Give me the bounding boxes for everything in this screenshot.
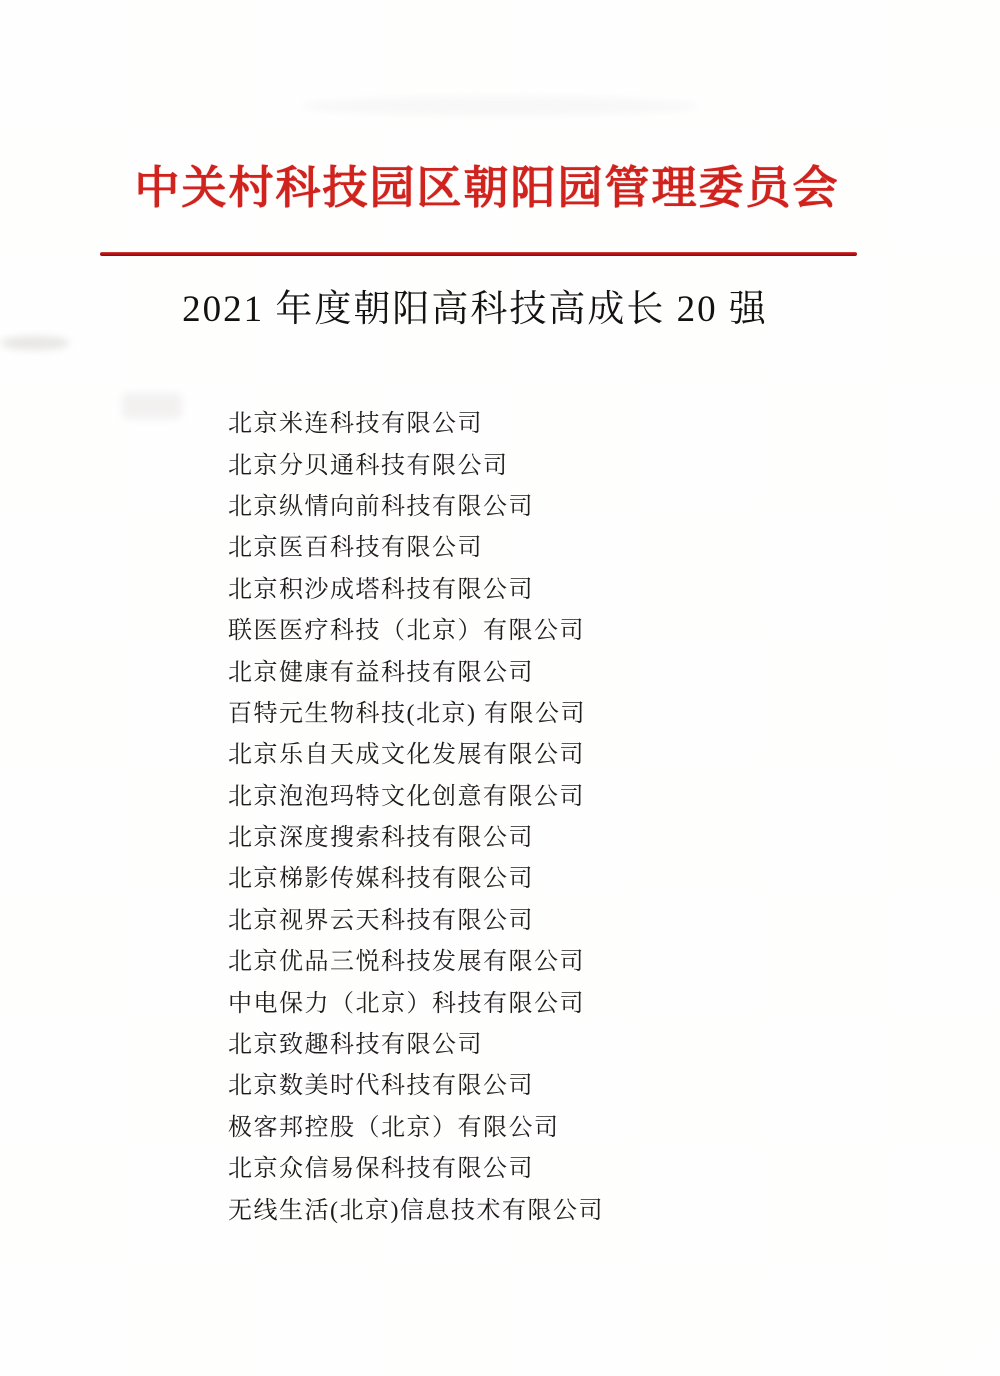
list-item: 北京泡泡玛特文化创意有限公司 bbox=[228, 773, 960, 814]
list-item: 百特元生物科技(北京) 有限公司 bbox=[228, 690, 960, 731]
red-divider-line bbox=[100, 252, 857, 256]
company-list: 北京米连科技有限公司北京分贝通科技有限公司北京纵情向前科技有限公司北京医百科技有… bbox=[228, 400, 960, 1228]
list-item: 北京视界云天科技有限公司 bbox=[228, 897, 960, 938]
list-item: 北京分贝通科技有限公司 bbox=[228, 441, 960, 482]
list-item: 无线生活(北京)信息技术有限公司 bbox=[228, 1186, 960, 1227]
list-item: 中电保力（北京）科技有限公司 bbox=[228, 979, 960, 1020]
list-item: 北京积沙成塔科技有限公司 bbox=[228, 566, 960, 607]
scan-smudge bbox=[122, 393, 182, 419]
list-item: 北京致趣科技有限公司 bbox=[228, 1021, 960, 1062]
list-item: 联医医疗科技（北京）有限公司 bbox=[228, 607, 960, 648]
list-item: 极客邦控股（北京）有限公司 bbox=[228, 1104, 960, 1145]
list-item: 北京优品三悦科技发展有限公司 bbox=[228, 938, 960, 979]
doc-title: 2021 年度朝阳高科技高成长 20 强 bbox=[0, 288, 950, 332]
list-item: 北京深度搜索科技有限公司 bbox=[228, 814, 960, 855]
org-title: 中关村科技园区朝阳园管理委员会 bbox=[0, 163, 974, 215]
list-item: 北京梯影传媒科技有限公司 bbox=[228, 855, 960, 896]
list-item: 北京米连科技有限公司 bbox=[228, 400, 960, 441]
list-item: 北京纵情向前科技有限公司 bbox=[228, 483, 960, 524]
list-item: 北京众信易保科技有限公司 bbox=[228, 1145, 960, 1186]
document-page: 中关村科技园区朝阳园管理委员会 2021 年度朝阳高科技高成长 20 强 北京米… bbox=[0, 0, 1000, 1376]
list-item: 北京医百科技有限公司 bbox=[228, 524, 960, 565]
scan-smudge bbox=[0, 336, 70, 350]
scan-smudge bbox=[300, 96, 700, 116]
list-item: 北京健康有益科技有限公司 bbox=[228, 648, 960, 689]
list-item: 北京数美时代科技有限公司 bbox=[228, 1062, 960, 1103]
list-item: 北京乐自天成文化发展有限公司 bbox=[228, 731, 960, 772]
